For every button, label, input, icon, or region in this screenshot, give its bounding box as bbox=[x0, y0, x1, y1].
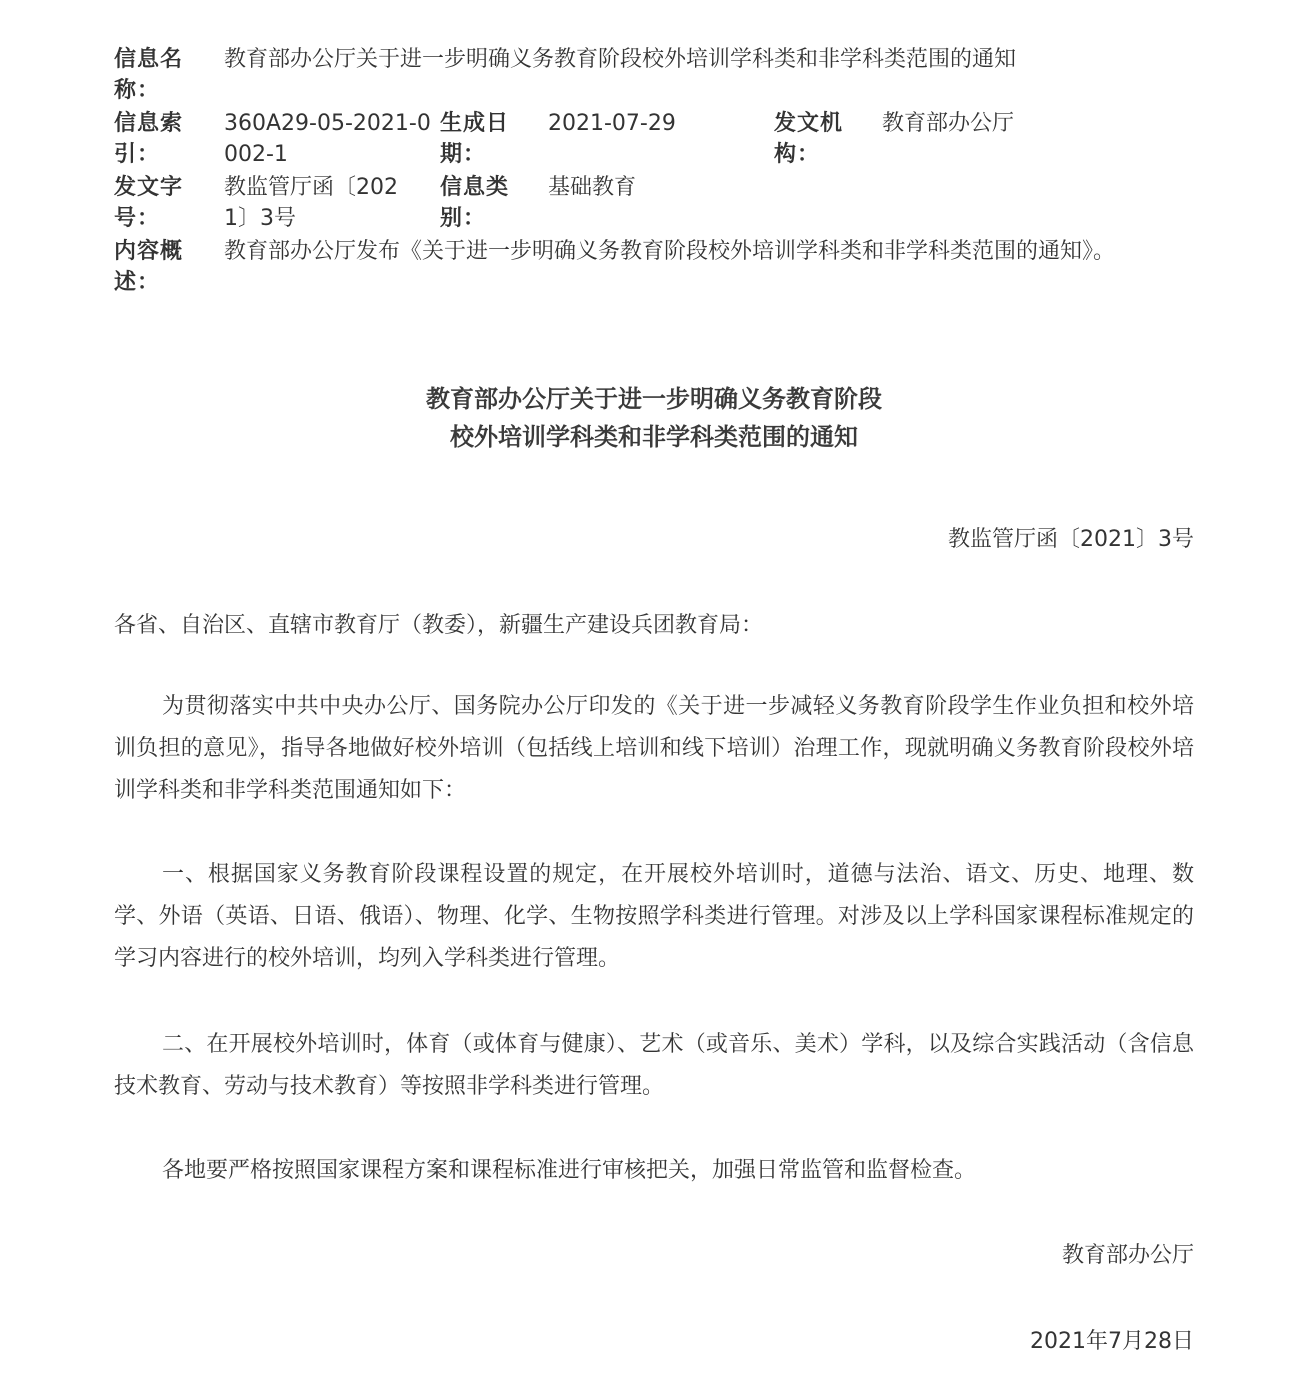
paragraph-item-2: 二、在开展校外培训时，体育（或体育与健康）、艺术（或音乐、美术）学科，以及综合实… bbox=[114, 1024, 1194, 1108]
summary-label: 内容概述： bbox=[114, 236, 188, 298]
docno-value: 教监管厅函〔2021〕3号 bbox=[224, 172, 404, 234]
category-value: 基础教育 bbox=[548, 172, 768, 203]
title-label: 信息名称： bbox=[114, 44, 188, 106]
title-value: 教育部办公厅关于进一步明确义务教育阶段校外培训学科类和非学科类范围的通知 bbox=[224, 44, 1194, 75]
index-value: 360A29-05-2021-0002-1 bbox=[224, 108, 440, 170]
title-line-1: 教育部办公厅关于进一步明确义务教育阶段 bbox=[0, 380, 1308, 418]
metadata-table: 信息名称： 教育部办公厅关于进一步明确义务教育阶段校外培训学科类和非学科类范围的… bbox=[114, 44, 1194, 300]
category-label: 信息类别： bbox=[440, 172, 514, 234]
index-label: 信息索引： bbox=[114, 108, 188, 170]
issuer-value: 教育部办公厅 bbox=[882, 108, 1182, 139]
document-title: 教育部办公厅关于进一步明确义务教育阶段 校外培训学科类和非学科类范围的通知 bbox=[0, 380, 1308, 456]
metadata-row-title: 信息名称： 教育部办公厅关于进一步明确义务教育阶段校外培训学科类和非学科类范围的… bbox=[114, 44, 1194, 108]
date-label: 生成日期： bbox=[440, 108, 514, 170]
date-value: 2021-07-29 bbox=[548, 108, 768, 139]
document-number: 教监管厅函〔2021〕3号 bbox=[948, 522, 1194, 553]
summary-value: 教育部办公厅发布《关于进一步明确义务教育阶段校外培训学科类和非学科类范围的通知》… bbox=[224, 236, 1139, 267]
issuer-label: 发文机构： bbox=[774, 108, 848, 170]
title-line-2: 校外培训学科类和非学科类范围的通知 bbox=[0, 418, 1308, 456]
paragraph-closing: 各地要严格按照国家课程方案和课程标准进行审核把关，加强日常监管和监督检查。 bbox=[114, 1150, 1194, 1192]
docno-label: 发文字号： bbox=[114, 172, 188, 234]
sign-date: 2021年7月28日 bbox=[1030, 1324, 1194, 1355]
document-page: 信息名称： 教育部办公厅关于进一步明确义务教育阶段校外培训学科类和非学科类范围的… bbox=[0, 0, 1308, 1386]
paragraph-intro: 为贯彻落实中共中央办公厅、国务院办公厅印发的《关于进一步减轻义务教育阶段学生作业… bbox=[114, 686, 1194, 812]
signer: 教育部办公厅 bbox=[1062, 1238, 1194, 1269]
metadata-row-docno: 发文字号： 教监管厅函〔2021〕3号 信息类别： 基础教育 bbox=[114, 172, 1194, 236]
metadata-row-index: 信息索引： 360A29-05-2021-0002-1 生成日期： 2021-0… bbox=[114, 108, 1194, 172]
paragraph-item-1: 一、根据国家义务教育阶段课程设置的规定，在开展校外培训时，道德与法治、语文、历史… bbox=[114, 854, 1194, 980]
salutation: 各省、自治区、直辖市教育厅（教委），新疆生产建设兵团教育局： bbox=[114, 608, 763, 639]
metadata-row-summary: 内容概述： 教育部办公厅发布《关于进一步明确义务教育阶段校外培训学科类和非学科类… bbox=[114, 236, 1194, 300]
